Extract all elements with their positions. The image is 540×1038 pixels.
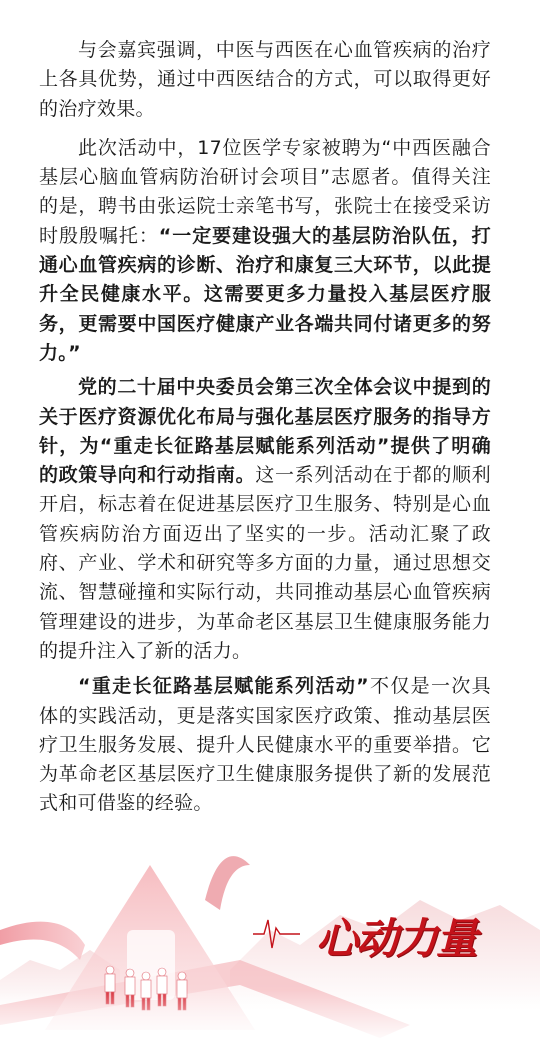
text-line: 务，更需要中国医疗健康产业各端共同付诸更多的努 [39,310,491,339]
article-body: 与会嘉宾强调，中医与西医在心血管疾病的治疗上各具优势，通过中西医结合的方式，可以… [39,36,491,819]
text-line: 通心血管疾病的诊断、治疗和康复三大环节，以此提 [39,251,491,280]
text-line: 上各具优势，通过中西医结合的方式，可以取得更好 [39,65,491,94]
text-line: 式和可借鉴的经验。 [39,789,491,818]
paragraph: 与会嘉宾强调，中医与西医在心血管疾病的治疗上各具优势，通过中西医结合的方式，可以… [39,36,491,124]
bold-text-segment: 针，为“重走长征路基层赋能系列活动”提供了明确 [39,435,491,457]
text-segment: 的是，聘书由张运院士亲笔书写，张院士在接受采访 [39,195,491,217]
text-segment: 上各具优势，通过中西医结合的方式，可以取得更好 [39,68,491,90]
text-segment: 的治疗效果。 [39,98,155,120]
text-segment: 时殷殷嘱托： [39,225,159,247]
text-segment: 流、智慧碰撞和实际行动，共同推动基层心血管疾病 [39,581,491,603]
text-line: 管疾病防治方面迈出了坚实的一步。活动汇聚了政 [39,520,491,549]
bold-text-segment: 升全民健康水平。这需要更多力量投入基层医疗服 [39,283,491,305]
text-segment: 开启，标志着在促进基层医疗卫生服务、特别是心血 [39,493,491,515]
text-line: 此次活动中，17位医学专家被聘为“中西医融合 [39,134,491,163]
text-segment: 与会嘉宾强调，中医与西医在心血管疾病的治疗 [78,39,491,61]
text-line: 升全民健康水平。这需要更多力量投入基层医疗服 [39,280,491,309]
bold-text-segment: “一定要建设强大的基层防治队伍，打 [159,225,491,247]
text-line: 为革命老区基层医疗卫生健康服务提供了新的发展范 [39,760,491,789]
text-line: 府、产业、学术和研究等多方面的力量，通过思想交 [39,549,491,578]
text-segment: 体的实践活动，更是落实国家医疗政策、推动基层医 [39,705,491,727]
text-line: 管理建设的进步，为革命老区基层卫生健康服务能力 [39,608,491,637]
paragraph: 党的二十届中央委员会第三次全体会议中提到的关于医疗资源优化布局与强化基层医疗服务… [39,373,491,666]
bold-text-segment: 务，更需要中国医疗健康产业各端共同付诸更多的努 [39,313,491,335]
brand-logo-text: 心动力量 [316,906,476,966]
text-segment: 的提升注入了新的活力。 [39,640,251,662]
text-line: 关于医疗资源优化布局与强化基层医疗服务的指导方 [39,403,491,432]
bold-text-segment: 的政策导向和行动指南。 [39,464,255,486]
text-segment: 这一系列活动在于都的顺利 [255,464,491,486]
text-segment: 为革命老区基层医疗卫生健康服务提供了新的发展范 [39,763,491,785]
text-line: 的提升注入了新的活力。 [39,637,491,666]
text-segment: 式和可借鉴的经验。 [39,792,213,814]
text-line: 开启，标志着在促进基层医疗卫生服务、特别是心血 [39,490,491,519]
text-line: 与会嘉宾强调，中医与西医在心血管疾病的治疗 [39,36,491,65]
text-line: 的治疗效果。 [39,95,491,124]
text-line: 时殷殷嘱托：“一定要建设强大的基层防治队伍，打 [39,222,491,251]
text-line: 基层心脑血管病防治研讨会项目”志愿者。值得关注 [39,163,491,192]
text-segment: 管理建设的进步，为革命老区基层卫生健康服务能力 [39,611,491,633]
text-segment: 不仅是一次具 [369,675,491,697]
text-segment: 疗卫生服务发展、提升人民健康水平的重要举措。它 [39,734,491,756]
paragraph: “重走长征路基层赋能系列活动”不仅是一次具体的实践活动，更是落实国家医疗政策、推… [39,672,491,818]
text-line: 的政策导向和行动指南。这一系列活动在于都的顺利 [39,461,491,490]
text-line: 疗卫生服务发展、提升人民健康水平的重要举措。它 [39,731,491,760]
paragraph: 此次活动中，17位医学专家被聘为“中西医融合基层心脑血管病防治研讨会项目”志愿者… [39,134,491,368]
text-line: 的是，聘书由张运院士亲笔书写，张院士在接受采访 [39,192,491,221]
text-segment: 管疾病防治方面迈出了坚实的一步。活动汇聚了政 [39,523,491,545]
bold-text-segment: 通心血管疾病的诊断、治疗和康复三大环节，以此提 [39,254,491,276]
bold-text-segment: 关于医疗资源优化布局与强化基层医疗服务的指导方 [39,406,491,428]
bold-text-segment: 力。” [39,342,81,364]
bold-text-segment: “重走长征路基层赋能系列活动” [78,675,369,697]
text-segment: 基层心脑血管病防治研讨会项目”志愿者。值得关注 [39,166,491,188]
footer-banner: 心动力量 [0,820,540,1038]
paragraph-spacer [39,124,491,134]
text-line: 党的二十届中央委员会第三次全体会议中提到的 [39,373,491,402]
text-line: 体的实践活动，更是落实国家医疗政策、推动基层医 [39,702,491,731]
text-line: “重走长征路基层赋能系列活动”不仅是一次具 [39,672,491,701]
text-segment: 府、产业、学术和研究等多方面的力量，通过思想交 [39,552,491,574]
text-line: 流、智慧碰撞和实际行动，共同推动基层心血管疾病 [39,578,491,607]
text-line: 针，为“重走长征路基层赋能系列活动”提供了明确 [39,432,491,461]
paragraph-container: 与会嘉宾强调，中医与西医在心血管疾病的治疗上各具优势，通过中西医结合的方式，可以… [39,36,491,819]
text-segment: 此次活动中，17位医学专家被聘为“中西医融合 [78,137,491,159]
text-line: 力。” [39,339,491,368]
bold-text-segment: 党的二十届中央委员会第三次全体会议中提到的 [78,376,491,398]
